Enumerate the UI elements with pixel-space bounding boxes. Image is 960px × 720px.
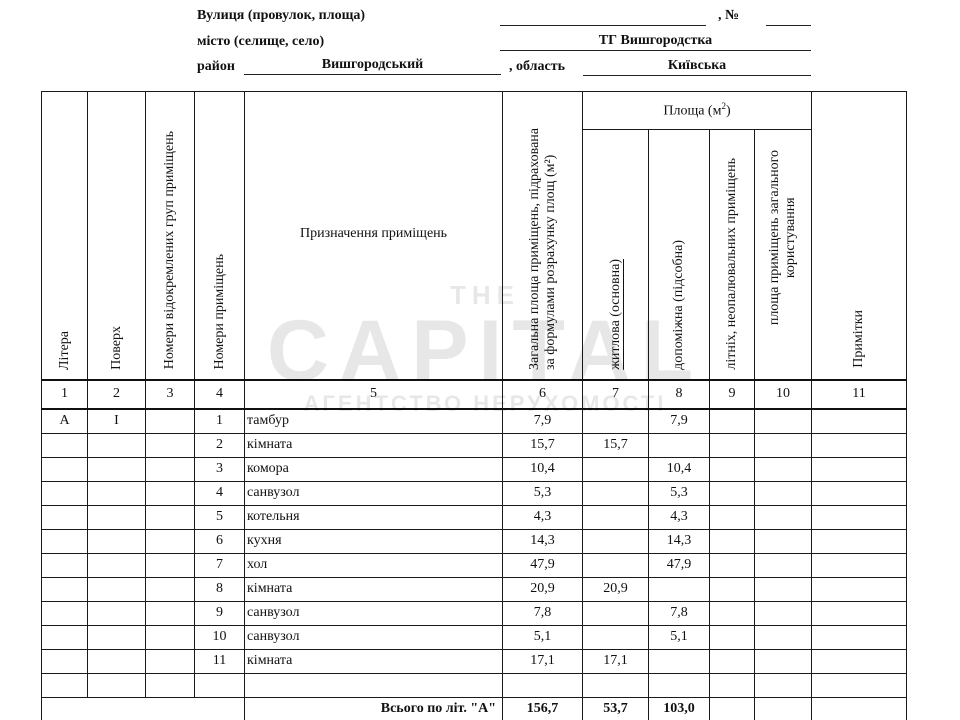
cell-group <box>146 553 195 577</box>
city-field: ТГ Вишгородстка <box>500 34 811 51</box>
cell-litera <box>42 601 88 625</box>
cell-aux: 5,3 <box>649 481 710 505</box>
region-label: , область <box>509 59 565 75</box>
cell-notes <box>812 553 907 577</box>
cell-notes <box>812 481 907 505</box>
cell-num: 3 <box>195 457 245 481</box>
cell-group <box>146 649 195 673</box>
cell-aux: 14,3 <box>649 529 710 553</box>
cell-aux: 10,4 <box>649 457 710 481</box>
cell-total: 5,1 <box>503 625 583 649</box>
cell-notes <box>812 529 907 553</box>
cell-num <box>195 673 245 697</box>
cell-total: 17,1 <box>503 649 583 673</box>
cell-floor <box>88 553 146 577</box>
total-area: 156,7 <box>503 697 583 720</box>
region-field: Київська <box>583 59 811 76</box>
cell-notes <box>812 457 907 481</box>
colnum: 1 <box>42 380 88 409</box>
cell-total: 10,4 <box>503 457 583 481</box>
table-row: 3комора10,410,4 <box>42 457 907 481</box>
cell-common <box>755 577 812 601</box>
cell-name: кімната <box>245 433 503 457</box>
cell-num: 6 <box>195 529 245 553</box>
cell-name: кухня <box>245 529 503 553</box>
cell-num: 1 <box>195 409 245 434</box>
cell-num: 7 <box>195 553 245 577</box>
cell-notes <box>812 409 907 434</box>
cell-floor <box>88 577 146 601</box>
colnum: 2 <box>88 380 146 409</box>
colnum: 11 <box>812 380 907 409</box>
cell-name: хол <box>245 553 503 577</box>
city-label: місто (селище, село) <box>197 34 324 50</box>
header-purpose: Призначення приміщень <box>245 92 503 380</box>
cell-common <box>755 553 812 577</box>
header-auxiliary: допоміжна (підсобна) <box>649 130 710 380</box>
cell-litera <box>42 433 88 457</box>
colnum: 5 <box>245 380 503 409</box>
table-row: 9санвузол7,87,8 <box>42 601 907 625</box>
cell-floor <box>88 433 146 457</box>
cell-living <box>583 457 649 481</box>
cell-group <box>146 409 195 434</box>
header-notes: Примітки <box>812 92 907 380</box>
cell-living <box>583 601 649 625</box>
header-floor: Поверх <box>88 92 146 380</box>
cell-aux: 4,3 <box>649 505 710 529</box>
total-label: Всього по літ. "А" <box>245 697 503 720</box>
cell-notes <box>812 649 907 673</box>
cell-name: комора <box>245 457 503 481</box>
cell-floor <box>88 649 146 673</box>
table-row: 4санвузол5,35,3 <box>42 481 907 505</box>
cell-name: санвузол <box>245 625 503 649</box>
cell-aux: 7,9 <box>649 409 710 434</box>
cell-total: 14,3 <box>503 529 583 553</box>
cell-summer <box>710 601 755 625</box>
total-aux: 103,0 <box>649 697 710 720</box>
total-spacer <box>42 697 245 720</box>
cell-num: 9 <box>195 601 245 625</box>
cell-common <box>755 625 812 649</box>
cell-num: 10 <box>195 625 245 649</box>
cell-group <box>146 481 195 505</box>
cell-summer <box>710 409 755 434</box>
cell-floor <box>88 601 146 625</box>
cell-floor <box>88 481 146 505</box>
district-field: Вишгородський <box>244 58 501 75</box>
district-label: район <box>197 59 235 75</box>
header-common: площа приміщень загальногокористування <box>755 130 812 380</box>
cell-total: 15,7 <box>503 433 583 457</box>
header-summer: літніх, неопалювальних приміщень <box>710 130 755 380</box>
cell-litera: А <box>42 409 88 434</box>
cell-floor: І <box>88 409 146 434</box>
table-row: 5котельня4,34,3 <box>42 505 907 529</box>
column-number-row: 1 2 3 4 5 6 7 8 9 10 11 <box>42 380 907 409</box>
cell-living: 20,9 <box>583 577 649 601</box>
cell-group <box>146 601 195 625</box>
cell-litera <box>42 481 88 505</box>
cell-litera <box>42 577 88 601</box>
cell-living <box>583 505 649 529</box>
cell-common <box>755 409 812 434</box>
cell-living <box>583 529 649 553</box>
table-row: 8кімната20,920,9 <box>42 577 907 601</box>
cell-litera <box>42 625 88 649</box>
total-row: Всього по літ. "А" 156,7 53,7 103,0 <box>42 697 907 720</box>
cell-litera <box>42 649 88 673</box>
cell-summer <box>710 505 755 529</box>
header-living: житлова (основна) <box>583 130 649 380</box>
cell-living <box>583 481 649 505</box>
table-row: АІ1тамбур7,97,9 <box>42 409 907 434</box>
cell-name: котельня <box>245 505 503 529</box>
cell-common <box>755 649 812 673</box>
cell-aux: 7,8 <box>649 601 710 625</box>
table-row <box>42 673 907 697</box>
table-row: 7хол47,947,9 <box>42 553 907 577</box>
cell-common <box>755 601 812 625</box>
cell-summer <box>710 433 755 457</box>
cell-num: 8 <box>195 577 245 601</box>
cell-floor <box>88 505 146 529</box>
cell-num: 4 <box>195 481 245 505</box>
cell-group <box>146 577 195 601</box>
cell-name: кімната <box>245 649 503 673</box>
cell-common <box>755 457 812 481</box>
cell-name <box>245 673 503 697</box>
cell-notes <box>812 577 907 601</box>
table-row: 10санвузол5,15,1 <box>42 625 907 649</box>
total-living: 53,7 <box>583 697 649 720</box>
colnum: 6 <box>503 380 583 409</box>
colnum: 3 <box>146 380 195 409</box>
cell-litera <box>42 457 88 481</box>
cell-living <box>583 553 649 577</box>
premises-table: Літера Поверх Номери відокремлених груп … <box>41 91 907 720</box>
table-row: 11кімната17,117,1 <box>42 649 907 673</box>
cell-group <box>146 457 195 481</box>
cell-notes <box>812 601 907 625</box>
header-total-area: Загальна площа приміщень, підрахованаза … <box>503 92 583 380</box>
cell-name: санвузол <box>245 601 503 625</box>
number-label: , № <box>718 8 739 24</box>
cell-total <box>503 673 583 697</box>
cell-total: 20,9 <box>503 577 583 601</box>
cell-name: санвузол <box>245 481 503 505</box>
cell-notes <box>812 433 907 457</box>
colnum: 9 <box>710 380 755 409</box>
cell-floor <box>88 457 146 481</box>
street-label: Вулиця (провулок, площа) <box>197 8 365 24</box>
table-row: 6кухня14,314,3 <box>42 529 907 553</box>
cell-aux <box>649 577 710 601</box>
cell-notes <box>812 505 907 529</box>
cell-summer <box>710 481 755 505</box>
cell-common <box>755 481 812 505</box>
cell-floor <box>88 673 146 697</box>
cell-litera <box>42 529 88 553</box>
cell-living <box>583 625 649 649</box>
header-area-group: Площа (м2) <box>583 92 812 130</box>
total-common <box>755 697 812 720</box>
cell-summer <box>710 577 755 601</box>
cell-summer <box>710 529 755 553</box>
colnum: 8 <box>649 380 710 409</box>
cell-living <box>583 409 649 434</box>
total-summer <box>710 697 755 720</box>
cell-group <box>146 673 195 697</box>
cell-total: 7,9 <box>503 409 583 434</box>
cell-notes <box>812 625 907 649</box>
cell-summer <box>710 649 755 673</box>
cell-group <box>146 625 195 649</box>
cell-group <box>146 529 195 553</box>
cell-total: 7,8 <box>503 601 583 625</box>
cell-total: 47,9 <box>503 553 583 577</box>
cell-summer <box>710 553 755 577</box>
cell-living: 17,1 <box>583 649 649 673</box>
cell-common <box>755 529 812 553</box>
cell-litera <box>42 553 88 577</box>
cell-name: тамбур <box>245 409 503 434</box>
header-room-numbers: Номери приміщень <box>195 92 245 380</box>
cell-summer <box>710 457 755 481</box>
colnum: 10 <box>755 380 812 409</box>
cell-common <box>755 433 812 457</box>
cell-floor <box>88 625 146 649</box>
cell-living: 15,7 <box>583 433 649 457</box>
cell-floor <box>88 529 146 553</box>
header-litera: Літера <box>42 92 88 380</box>
cell-aux <box>649 433 710 457</box>
colnum: 7 <box>583 380 649 409</box>
cell-total: 5,3 <box>503 481 583 505</box>
cell-aux: 5,1 <box>649 625 710 649</box>
colnum: 4 <box>195 380 245 409</box>
cell-summer <box>710 673 755 697</box>
cell-notes <box>812 673 907 697</box>
number-field <box>766 9 811 26</box>
cell-summer <box>710 625 755 649</box>
street-field <box>500 9 706 26</box>
cell-litera <box>42 505 88 529</box>
cell-living <box>583 673 649 697</box>
cell-litera <box>42 673 88 697</box>
total-notes <box>812 697 907 720</box>
cell-name: кімната <box>245 577 503 601</box>
table-row: 2кімната15,715,7 <box>42 433 907 457</box>
cell-total: 4,3 <box>503 505 583 529</box>
cell-num: 11 <box>195 649 245 673</box>
cell-group <box>146 505 195 529</box>
cell-num: 2 <box>195 433 245 457</box>
header-group-numbers: Номери відокремлених груп приміщень <box>146 92 195 380</box>
cell-aux <box>649 649 710 673</box>
cell-aux: 47,9 <box>649 553 710 577</box>
cell-num: 5 <box>195 505 245 529</box>
cell-group <box>146 433 195 457</box>
cell-common <box>755 505 812 529</box>
cell-common <box>755 673 812 697</box>
cell-aux <box>649 673 710 697</box>
